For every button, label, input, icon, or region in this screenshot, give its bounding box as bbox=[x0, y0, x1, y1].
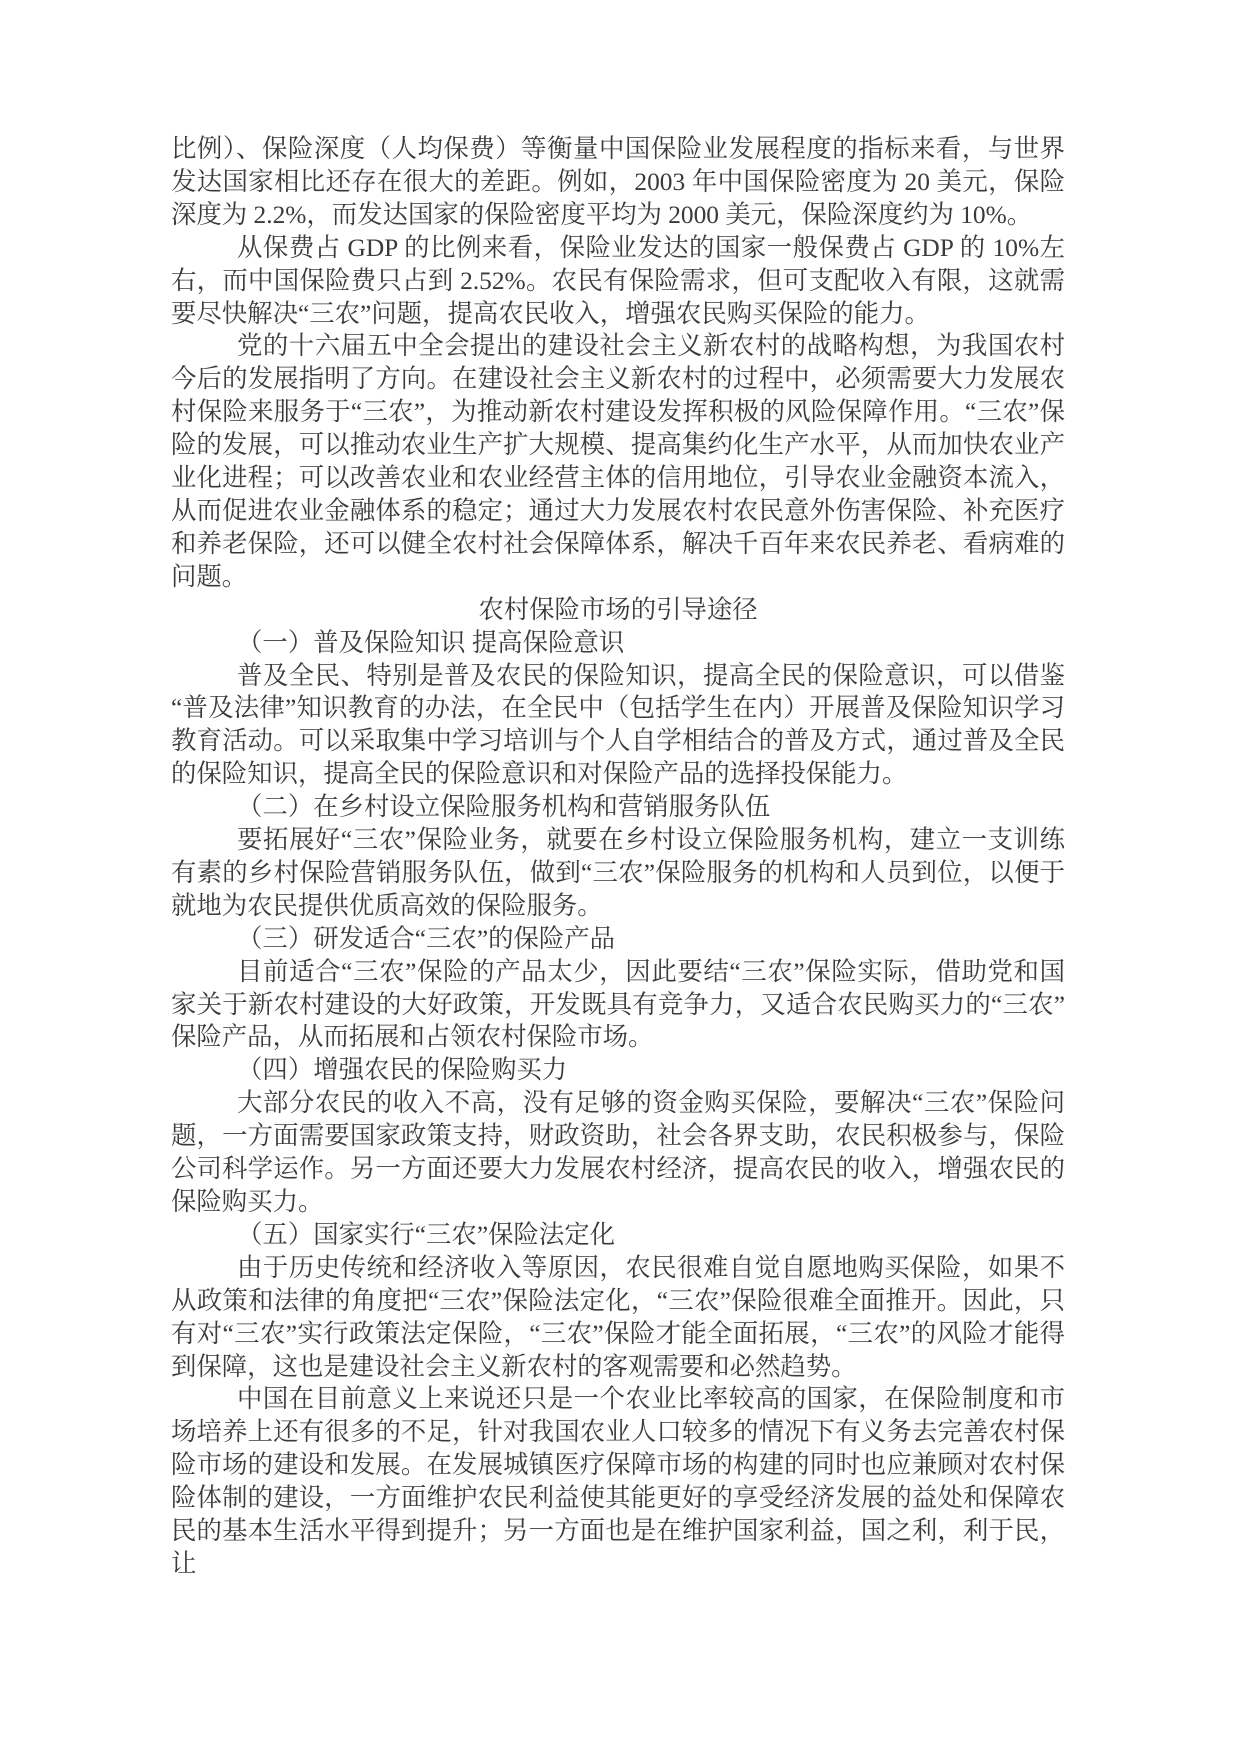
document-text-block: 比例）、保险深度（人均保费）等衡量中国保险业发展程度的指标来看，与世界发达国家相… bbox=[171, 133, 1065, 1581]
paragraph: 普及全民、特别是普及农民的保险知识，提高全民的保险意识，可以借鉴“普及法律”知识… bbox=[171, 660, 1065, 792]
paragraph: （五）国家实行“三农”保险法定化 bbox=[171, 1219, 1065, 1252]
paragraph: 要拓展好“三农”保险业务，就要在乡村设立保险服务机构，建立一支训练有素的乡村保险… bbox=[171, 824, 1065, 923]
paragraph: 中国在目前意义上来说还只是一个农业比率较高的国家，在保险制度和市场培养上还有很多… bbox=[171, 1383, 1065, 1580]
paragraph: 比例）、保险深度（人均保费）等衡量中国保险业发展程度的指标来看，与世界发达国家相… bbox=[171, 133, 1065, 232]
paragraph: 目前适合“三农”保险的产品太少，因此要结“三农”保险实际，借助党和国家关于新农村… bbox=[171, 956, 1065, 1055]
section-heading: 农村保险市场的引导途径 bbox=[171, 594, 1065, 627]
paragraph: 大部分农民的收入不高，没有足够的资金购买保险，要解决“三农”保险问题，一方面需要… bbox=[171, 1087, 1065, 1219]
paragraph: （三）研发适合“三农”的保险产品 bbox=[171, 923, 1065, 956]
paragraph: （四）增强农民的保险购买力 bbox=[171, 1054, 1065, 1087]
document-page: 比例）、保险深度（人均保费）等衡量中国保险业发展程度的指标来看，与世界发达国家相… bbox=[0, 0, 1241, 1754]
paragraph: （一）普及保险知识 提高保险意识 bbox=[171, 627, 1065, 660]
paragraph: （二）在乡村设立保险服务机构和营销服务队伍 bbox=[171, 791, 1065, 824]
paragraph: 党的十六届五中全会提出的建设社会主义新农村的战略构想，为我国农村今后的发展指明了… bbox=[171, 330, 1065, 593]
paragraph: 从保费占 GDP 的比例来看，保险业发达的国家一般保费占 GDP 的 10%左右… bbox=[171, 232, 1065, 331]
paragraph: 由于历史传统和经济收入等原因，农民很难自觉自愿地购买保险，如果不从政策和法律的角… bbox=[171, 1252, 1065, 1384]
